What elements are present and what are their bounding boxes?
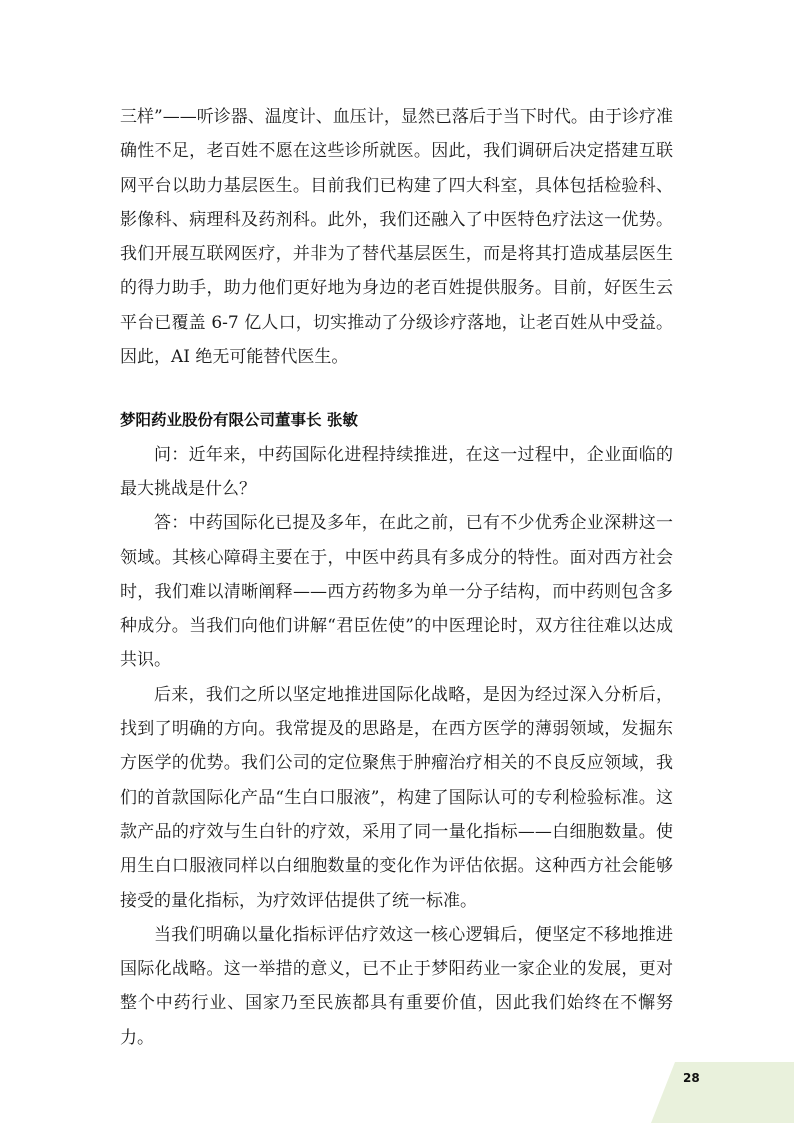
paragraph-continuation: 三样”——听诊器、温度计、血压计，显然已落后于当下时代。由于诊疗准确性不足，老百… bbox=[120, 100, 673, 374]
answer-paragraph: 答：中药国际化已提及多年，在此之前，已有不少优秀企业深耕这一领域。其核心障碍主要… bbox=[120, 506, 673, 677]
section-gap bbox=[120, 374, 673, 403]
body-paragraph: 后来，我们之所以坚定地推进国际化战略，是因为经过深入分析后，找到了明确的方向。我… bbox=[120, 678, 673, 918]
question-paragraph: 问：近年来，中药国际化进程持续推进，在这一过程中，企业面临的最大挑战是什么？ bbox=[120, 438, 673, 507]
document-page: 三样”——听诊器、温度计、血压计，显然已落后于当下时代。由于诊疗准确性不足，老百… bbox=[0, 0, 794, 1123]
interviewee-heading: 梦阳药业股份有限公司董事长 张敏 bbox=[120, 403, 673, 437]
page-content: 三样”——听诊器、温度计、血压计，显然已落后于当下时代。由于诊疗准确性不足，老百… bbox=[120, 100, 673, 1055]
page-number: 28 bbox=[683, 1071, 700, 1085]
page-number-tab bbox=[651, 1062, 794, 1123]
body-paragraph: 当我们明确以量化指标评估疗效这一核心逻辑后，便坚定不移地推进国际化战略。这一举措… bbox=[120, 918, 673, 1055]
